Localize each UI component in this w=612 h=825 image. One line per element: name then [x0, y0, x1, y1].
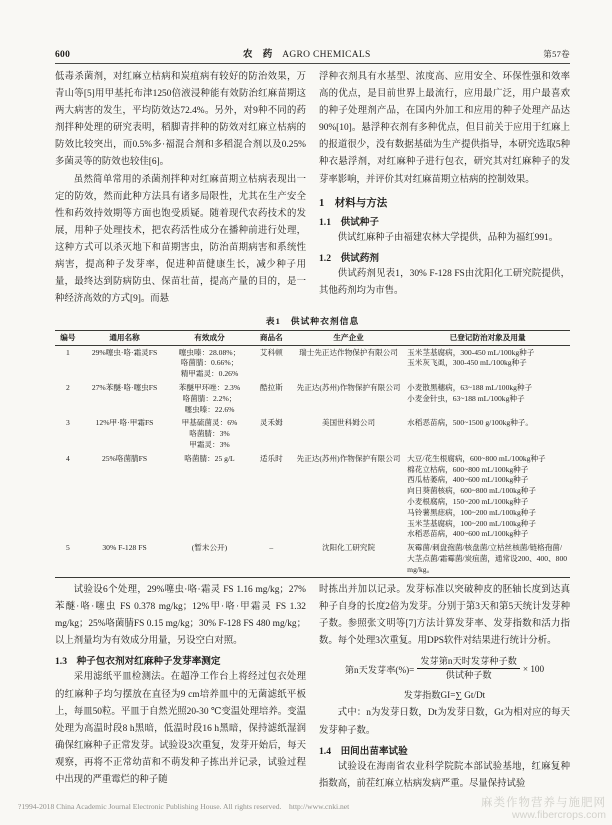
col-header-no: 编号 [55, 331, 81, 346]
col-header-ingredients: 有效成分 [168, 331, 250, 346]
section-heading-1: 1 材料与方法 [319, 195, 570, 210]
copyright-text: ?1994-2018 China Academic Journal Electr… [18, 802, 281, 811]
right-column-upper: 浮种衣剂具有水基型、浓度高、应用安全、环保性强和效率高的优点，是目前世界上最流行… [319, 69, 570, 308]
upper-columns: 低毒杀菌剂，对红麻立枯病和炭疽病有较好的防治效果，万青山等[5]用甲基托布津12… [55, 69, 570, 308]
table-row: 1 29%噻虫·咯·霜灵FS 噻虫嗪：28.08%； 咯菌腈：0.66%； 精甲… [55, 346, 570, 382]
col-header-brand: 商品名 [251, 331, 292, 346]
cell-brand: 适乐时 [251, 452, 292, 541]
cell-brand: 灵禾姆 [251, 417, 292, 452]
col-header-name: 通用名称 [81, 331, 169, 346]
journal-title: 农 药AGRO CHEMICALS [243, 46, 371, 60]
cell-targets: 水稻恶苗病，500~1500 g/100kg种子。 [405, 417, 570, 452]
page-number: 600 [55, 50, 70, 60]
cell-company: 沈阳化工研究院 [292, 542, 405, 578]
paragraph: 浮种衣剂具有水基型、浓度高、应用安全、环保性强和效率高的优点，是目前世界上最流行… [319, 69, 570, 189]
cell-company: 先正达(苏州)作物保护有限公司 [292, 452, 405, 541]
table-header-row: 编号 通用名称 有效成分 商品名 生产企业 已登记防治对象及用量 [55, 331, 570, 346]
col-header-targets: 已登记防治对象及用量 [405, 331, 570, 346]
left-column-lower: 试验设6个处理，29%噻虫·咯·霜灵 FS 1.16 mg/kg；27%苯醚·咯… [55, 582, 306, 793]
seed-coating-table: 编号 通用名称 有效成分 商品名 生产企业 已登记防治对象及用量 1 29%噻虫… [55, 330, 570, 578]
cell-name: 30% F-128 FS [81, 542, 169, 578]
cell-brand: 艾科顿 [251, 346, 292, 382]
formula-denominator: 供试种子数 [443, 669, 495, 682]
formula-rhs: × 100 [523, 664, 544, 674]
section-heading-1-1: 1.1 供试种子 [319, 214, 570, 228]
paragraph: 式中：n为发芽日数，Dt为发芽日数，Gt为相对应的每天发芽种子数。 [319, 705, 570, 739]
cell-company: 美国世科姆公司 [292, 417, 405, 452]
cell-company: 先正达(苏州)作物保护有限公司 [292, 382, 405, 417]
table-row: 3 12%甲·咯·甲霜FS 甲基硫菌灵：6% 咯菌腈：3% 甲霜灵：3% 灵禾姆… [55, 417, 570, 452]
germination-index-formula: 发芽指数GI=∑ Gt/Dt [319, 687, 570, 701]
volume-label: 第57卷 [543, 48, 570, 60]
cell-name: 25%咯菌腈FS [81, 452, 169, 541]
formula-lhs: 第n天发芽率(%)= [345, 662, 415, 676]
cell-targets: 玉米茎基腐病，300-450 mL/100kg种子 玉米灰飞虱，300-450 … [405, 346, 570, 382]
cell-ingredients: 苯醚甲环唑：2.3% 咯菌腈：2.2%； 噻虫嗪：22.6% [168, 382, 250, 417]
germination-rate-formula: 第n天发芽率(%)= 发芽第n天时发芽种子数 供试种子数 × 100 [319, 655, 570, 682]
paragraph: 试验设在海南省农业科学院院本部试验基地，红麻复种指数高，前茬红麻立枯病发病严重。… [319, 759, 570, 793]
formula-fraction: 发芽第n天时发芽种子数 供试种子数 [417, 655, 519, 682]
watermark-url: www.fibercrops.com [481, 809, 606, 821]
cell-ingredients: (暂未公开) [168, 542, 250, 578]
journal-page: 600 农 药AGRO CHEMICALS 第57卷 低毒杀菌剂，对红麻立枯病和… [0, 0, 612, 825]
paragraph: 采用滤纸平皿检测法。在超净工作台上将经过包衣处理的红麻种子均匀摆放在直径为9 c… [55, 669, 306, 789]
cell-no: 4 [55, 452, 81, 541]
cell-targets: 大豆/花生根腐病，600~800 mL/100kg种子 棉花立枯病，600~80… [405, 452, 570, 541]
paragraph: 虽然简单常用的杀菌剂拌种对红麻苗期立枯病表现出一定的防效，然而此种方法具有诸多局… [55, 172, 306, 309]
paragraph: 时拣出并加以记录。发芽标准以突破种皮的胚轴长度到达真种子自身的长度2倍为发芽。分… [319, 582, 570, 650]
cell-no: 5 [55, 542, 81, 578]
formula-numerator: 发芽第n天时发芽种子数 [417, 655, 519, 669]
table-title: 表1 供试种衣剂信息 [55, 314, 570, 327]
cell-no: 2 [55, 382, 81, 417]
cell-name: 29%噻虫·咯·霜灵FS [81, 346, 169, 382]
section-heading-1-3: 1.3 种子包衣剂对红麻种子发芽率测定 [55, 653, 306, 667]
paragraph: 低毒杀菌剂，对红麻立枯病和炭疽病有较好的防治效果，万青山等[5]用甲基托布津12… [55, 69, 306, 172]
cell-ingredients: 噻虫嗪：28.08%； 咯菌腈：0.66%； 精甲霜灵：0.26% [168, 346, 250, 382]
cell-targets: 灰霉菌/刺盘孢菌/核盘菌/立枯丝核菌/链格孢菌/大茎点菌/霜霉菌/炭疽菌，通常设… [405, 542, 570, 578]
cell-ingredients: 咯菌腈：25 g/L [168, 452, 250, 541]
cell-no: 3 [55, 417, 81, 452]
paragraph: 供试药剂见表1，30% F-128 FS由沈阳化工研究院提供，其他药剂均为市售。 [319, 266, 570, 300]
col-header-company: 生产企业 [292, 331, 405, 346]
watermark-text-cn: 麻类作物营养与施肥网 [481, 797, 606, 809]
cell-name: 27%苯醚·咯·噻虫FS [81, 382, 169, 417]
cell-company: 瑞士先正达作物保护有限公司 [292, 346, 405, 382]
section-heading-1-4: 1.4 田间出苗率试验 [319, 743, 570, 757]
journal-title-en: AGRO CHEMICALS [282, 50, 370, 60]
left-column-upper: 低毒杀菌剂，对红麻立枯病和炭疽病有较好的防治效果，万青山等[5]用甲基托布津12… [55, 69, 306, 308]
table-row: 4 25%咯菌腈FS 咯菌腈：25 g/L 适乐时 先正达(苏州)作物保护有限公… [55, 452, 570, 541]
page-header: 600 农 药AGRO CHEMICALS 第57卷 [55, 46, 570, 64]
lower-columns: 试验设6个处理，29%噻虫·咯·霜灵 FS 1.16 mg/kg；27%苯醚·咯… [55, 582, 570, 793]
cell-no: 1 [55, 346, 81, 382]
section-heading-1-2: 1.2 供试药剂 [319, 250, 570, 264]
table-row: 2 27%苯醚·咯·噻虫FS 苯醚甲环唑：2.3% 咯菌腈：2.2%； 噻虫嗪：… [55, 382, 570, 417]
journal-title-cn: 农 药 [243, 50, 276, 60]
cell-brand: – [251, 542, 292, 578]
paragraph: 供试红麻种子由福建农林大学提供，品种为福红991。 [319, 230, 570, 247]
watermark: 麻类作物营养与施肥网 www.fibercrops.com [481, 797, 606, 821]
cell-targets: 小麦散黑穗病，63~188 mL/100kg种子 小麦金针虫，63~188 mL… [405, 382, 570, 417]
cell-brand: 酷拉斯 [251, 382, 292, 417]
right-column-lower: 时拣出并加以记录。发芽标准以突破种皮的胚轴长度到达真种子自身的长度2倍为发芽。分… [319, 582, 570, 793]
paragraph: 试验设6个处理，29%噻虫·咯·霜灵 FS 1.16 mg/kg；27%苯醚·咯… [55, 582, 306, 650]
cell-name: 12%甲·咯·甲霜FS [81, 417, 169, 452]
table-row: 5 30% F-128 FS (暂未公开) – 沈阳化工研究院 灰霉菌/刺盘孢菌… [55, 542, 570, 578]
cnki-url: http://www.cnki.net [289, 802, 349, 811]
table-section: 表1 供试种衣剂信息 编号 通用名称 有效成分 商品名 生产企业 已登记防治对象… [55, 314, 570, 578]
cell-ingredients: 甲基硫菌灵：6% 咯菌腈：3% 甲霜灵：3% [168, 417, 250, 452]
